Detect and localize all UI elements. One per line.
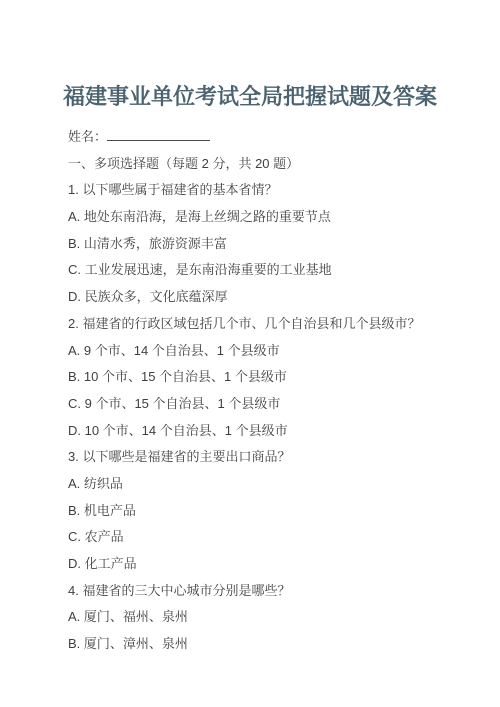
name-field-label: 姓名： (68, 129, 107, 144)
document-body: 姓名： 一、多项选择题（每题 2 分，共 20 题） 1. 以下哪些属于福建省的… (68, 124, 470, 658)
question-option: D. 10 个市、14 个自治县、1 个县级市 (68, 418, 470, 445)
question-option: A. 厦门、福州、泉州 (68, 604, 470, 631)
section-heading: 一、多项选择题（每题 2 分，共 20 题） (68, 151, 470, 178)
name-blank-line (107, 127, 210, 141)
question-option: C. 农产品 (68, 524, 470, 551)
question-option: C. 9 个市、15 个自治县、1 个县级市 (68, 391, 470, 418)
question-option: A. 纺织品 (68, 471, 470, 498)
question-option: A. 9 个市、14 个自治县、1 个县级市 (68, 338, 470, 365)
question-option: C. 工业发展迅速，是东南沿海重要的工业基地 (68, 257, 470, 284)
question-text: 1. 以下哪些属于福建省的基本省情？ (68, 177, 470, 204)
page-title: 福建事业单位考试全局把握试题及答案 (0, 80, 500, 111)
question-text: 2. 福建省的行政区域包括几个市、几个自治县和几个县级市？ (68, 311, 470, 338)
question-text: 3. 以下哪些是福建省的主要出口商品？ (68, 444, 470, 471)
question-option: B. 10 个市、15 个自治县、1 个县级市 (68, 364, 470, 391)
question-option: D. 民族众多，文化底蕴深厚 (68, 284, 470, 311)
name-field: 姓名： (68, 124, 470, 151)
question-option: A. 地处东南沿海，是海上丝绸之路的重要节点 (68, 204, 470, 231)
question-option: B. 厦门、漳州、泉州 (68, 631, 470, 658)
question-option: B. 机电产品 (68, 498, 470, 525)
question-option: B. 山清水秀，旅游资源丰富 (68, 231, 470, 258)
question-text: 4. 福建省的三大中心城市分别是哪些？ (68, 578, 470, 605)
document-page: 福建事业单位考试全局把握试题及答案 姓名： 一、多项选择题（每题 2 分，共 2… (0, 0, 500, 707)
question-option: D. 化工产品 (68, 551, 470, 578)
